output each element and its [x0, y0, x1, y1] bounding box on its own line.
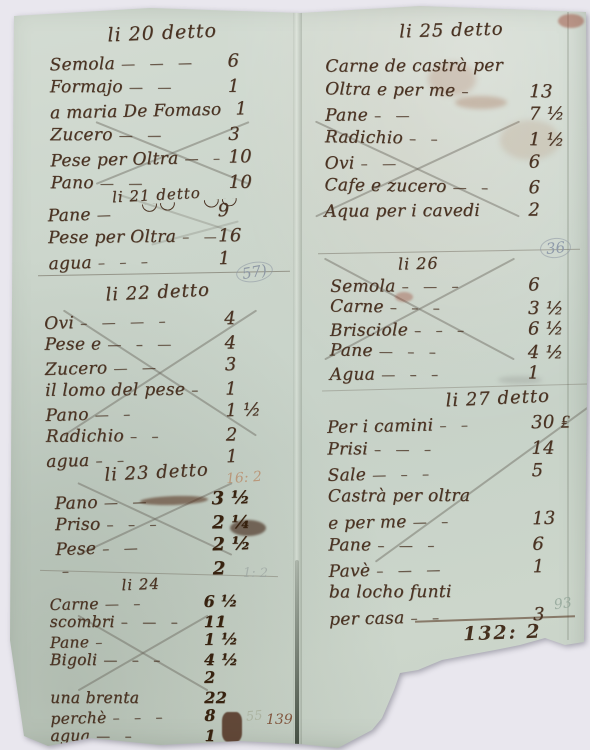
- item-value: 4 ½: [526, 342, 576, 364]
- ledger-section-li25: li 25 detto Carne de castrà per Oltra e …: [324, 19, 577, 225]
- pencil-annotation: 1: 2: [243, 566, 268, 581]
- ledger-row: Semola– — –6: [330, 274, 576, 298]
- ledger-row: Oltra e per me–13: [325, 78, 577, 106]
- item-label: Oltra e per me: [325, 79, 455, 101]
- item-value: 2 ½: [210, 533, 261, 555]
- dash-leader: – –: [403, 131, 527, 149]
- ledger-row: Brisciole– – –6 ½: [330, 318, 576, 342]
- pencil-annotation: 55: [245, 708, 263, 724]
- pencil-annotation: 93: [553, 595, 573, 613]
- ledger-row: a maria De Fomaso1: [50, 98, 276, 127]
- dash-leader: – — –: [396, 278, 527, 295]
- item-label: agua: [48, 253, 92, 274]
- item-label: Bigoli: [50, 651, 97, 669]
- item-label: Pano: [45, 405, 89, 426]
- item-label: Pane: [325, 105, 368, 125]
- item-value: 6: [225, 50, 275, 72]
- item-label: ba locho funti: [329, 582, 452, 602]
- ledger-row: Sale— – –5: [327, 459, 579, 489]
- item-label: per casa: [329, 608, 405, 630]
- item-value: 2: [224, 424, 274, 445]
- ledger-paper: li 20 detto Semola— — —6 Formajo— —1 a m…: [0, 0, 590, 750]
- dash-leader: — – –: [366, 464, 530, 484]
- ledger-section-li26: li 26 Semola– — –6 Carne– – –3 ½ Briscio…: [330, 252, 577, 385]
- item-value: 14: [529, 438, 579, 459]
- item-label: Zucero: [50, 125, 113, 145]
- item-value: 4: [222, 332, 272, 353]
- ledger-row: Pane— – –4 ½: [330, 339, 576, 364]
- item-value: 3 ½: [209, 487, 260, 509]
- ledger-row: Castrà per oltra: [328, 486, 580, 511]
- ledger-row: Cafe e zucero— –6: [324, 174, 576, 202]
- dash-leader: – — —: [370, 560, 531, 580]
- dash-leader: — –: [406, 512, 530, 531]
- item-value: 2: [526, 199, 576, 220]
- item-label: Pese: [55, 539, 96, 560]
- dash-leader: —: [91, 204, 216, 224]
- item-label: Ovi: [325, 154, 355, 174]
- item-value: 2 ¼: [210, 512, 260, 534]
- dash-leader: — — —: [115, 55, 226, 73]
- ledger-paper-wrap: li 20 detto Semola— — —6 Formajo— —1 a m…: [0, 0, 590, 750]
- dash-leader: — —: [113, 128, 227, 144]
- dash-leader: [50, 683, 202, 686]
- item-value: 1: [203, 726, 253, 745]
- ledger-row: Aqua per i cavedi2: [324, 199, 576, 224]
- ledger-row: Formajo— —1: [50, 76, 276, 100]
- item-label: agua: [51, 727, 91, 745]
- item-label: Brisciole: [330, 320, 408, 341]
- item-label: Ovi: [44, 313, 74, 334]
- item-value: 4 ½: [202, 650, 252, 669]
- item-value: 22: [202, 688, 252, 707]
- ledger-row: agua— –1: [51, 726, 253, 745]
- item-value: 6: [526, 274, 576, 295]
- item-value: 3: [226, 124, 276, 145]
- ledger-row: Bigoli— – –4 ½: [50, 650, 252, 669]
- ledger-row: agua– – –1: [48, 247, 267, 277]
- item-label: il lomo del pese: [45, 380, 185, 401]
- dash-leader: — – –: [373, 344, 526, 362]
- item-label: Pane: [328, 535, 371, 555]
- item-value: 1: [530, 555, 580, 577]
- item-value: 1 ½: [223, 399, 274, 421]
- ledger-row: Carne– – –3 ½: [330, 295, 576, 320]
- item-value: 6 ½: [201, 591, 251, 611]
- dash-leader: – – –: [384, 300, 526, 318]
- ledger-section-li24: li 24 Carne— –6 ½ scombri– — –11 Pane–1 …: [49, 574, 252, 745]
- item-value: 6: [530, 534, 580, 555]
- dash-leader: –: [89, 633, 202, 651]
- item-label: Aqua per i cavedi: [324, 201, 480, 222]
- dash-leader: — –: [447, 180, 527, 197]
- ledger-row: perchè– – –8: [50, 705, 252, 728]
- item-value: 1: [226, 76, 276, 97]
- ledger-row: Pese per Oltra— –10: [50, 146, 276, 175]
- ledger-row: ba locho funti: [329, 582, 581, 607]
- item-value: 1: [223, 378, 273, 399]
- ledger-row: scombri– — –11: [50, 612, 252, 631]
- item-label: Priso: [55, 515, 101, 535]
- item-value: 2: [202, 667, 252, 687]
- dash-leader: – —: [96, 538, 211, 557]
- item-value: 5: [529, 459, 579, 481]
- ledger-row: Pane– — –6: [328, 534, 580, 559]
- ledger-section-li27: li 27 detto Per i camini– –30 ₤ Prisi– —…: [327, 389, 581, 632]
- item-value: 6: [526, 177, 576, 199]
- dash-leader: — –: [90, 729, 202, 745]
- ledger-row: Carne— –6 ½: [49, 591, 251, 614]
- dash-leader: – – –: [106, 709, 202, 727]
- photo-of-ledger: { "palette": { "paper": "#cbd5cb", "back…: [0, 0, 590, 750]
- item-value: 4: [222, 307, 273, 329]
- ledger-row: Ovi– —6: [325, 151, 577, 176]
- item-label: scombri: [50, 613, 115, 631]
- item-label: Pese e: [44, 334, 101, 354]
- ledger-row: e per me— –13: [328, 507, 580, 537]
- item-label: Pavè: [328, 561, 370, 582]
- item-value: 3: [223, 353, 274, 375]
- item-value: 9: [215, 199, 266, 221]
- item-label: Prisi: [327, 439, 368, 459]
- ledger-row: Agua— – –1: [330, 362, 576, 386]
- ledger-row: Pane–1 ½: [50, 629, 252, 652]
- item-label: Carne: [330, 296, 384, 317]
- dash-leader: –: [185, 383, 223, 399]
- item-label: Formajo: [50, 77, 123, 97]
- item-value: 1 ½: [202, 629, 252, 649]
- dash-leader: — —: [98, 492, 210, 511]
- item-label: Pano: [54, 493, 98, 514]
- item-label: e per me: [328, 512, 407, 534]
- ledger-row: Semola— — —6: [49, 50, 275, 79]
- item-value: 13: [530, 507, 580, 529]
- item-value: 10: [226, 146, 276, 168]
- dash-leader: –: [455, 84, 527, 101]
- dash-leader: – – –: [92, 252, 217, 272]
- pencil-annotation: 16: 2: [225, 469, 262, 487]
- item-label: Semola: [330, 276, 396, 296]
- item-label: Zucero: [45, 358, 108, 380]
- dash-leader: – – –: [100, 516, 210, 533]
- item-label: una brenta: [50, 689, 139, 707]
- item-label: Cafe e zucero: [324, 175, 446, 197]
- ledger-row: Zucero— —3: [50, 124, 276, 148]
- dash-leader: – — –: [368, 442, 529, 459]
- item-label: Castrà per oltra: [328, 486, 470, 506]
- item-label: Agua: [330, 365, 376, 385]
- ledger-section-li20: li 20 detto Semola— — —6 Formajo— —1 a m…: [49, 21, 277, 197]
- dash-leader: — —: [107, 358, 223, 377]
- dash-leader: – –: [124, 429, 224, 446]
- dash-leader: – — — –: [74, 312, 222, 332]
- item-value: 11: [202, 612, 252, 631]
- item-label: Carne de castrà per: [325, 56, 503, 77]
- item-value: 6: [527, 151, 577, 172]
- dash-leader: — –: [89, 404, 224, 424]
- item-label: Pane: [330, 340, 373, 361]
- item-value: 1: [233, 97, 283, 119]
- dash-leader: — – —: [101, 337, 222, 354]
- dash-leader: – —: [176, 229, 216, 245]
- item-label: Semola: [49, 54, 115, 75]
- section-date-header: li 25 detto: [325, 16, 578, 59]
- item-label: Radichio: [325, 127, 403, 148]
- ink-annotation: 139: [266, 712, 293, 728]
- item-label: Pese per Oltra: [48, 227, 176, 248]
- item-label: Pese per Oltra: [50, 149, 178, 172]
- dash-leader: – –: [433, 416, 529, 434]
- item-value: 13: [527, 81, 577, 103]
- ledger-section-li22: li 22 detto Ovi– — — –4 Pese e— – —4 Zuc…: [44, 280, 275, 472]
- dash-leader: – – –: [408, 322, 526, 339]
- dash-leader: – — –: [371, 538, 530, 555]
- ledger-row: Prisi– — –14: [327, 438, 579, 463]
- center-fold-shadow: [295, 560, 299, 746]
- dash-leader: – —: [355, 156, 527, 173]
- item-value: 6 ½: [526, 318, 576, 339]
- item-label: a maria De Fomaso: [50, 100, 222, 124]
- item-label: Sale: [327, 465, 366, 486]
- item-label: Per i camini: [327, 415, 434, 437]
- ledger-row: per casa– –3: [329, 603, 581, 633]
- dash-leader: — —: [123, 80, 226, 96]
- item-value: 16: [216, 225, 266, 247]
- ledger-row: 2: [50, 667, 252, 690]
- dash-leader: – — –: [115, 615, 202, 631]
- grand-total: 132: 2: [463, 621, 542, 646]
- item-value: 3 ½: [526, 298, 576, 320]
- ledger-section-li21: li 21 detto Pane—9 Pese per Oltra– —16 a…: [47, 184, 267, 276]
- item-value: 1 ½: [527, 129, 577, 151]
- ledger-row: Pane– —7 ½: [325, 103, 577, 128]
- ledger-row: una brenta22: [50, 688, 252, 707]
- dash-leader: — –: [178, 151, 226, 168]
- ledger-row: Radichio– –1 ½: [325, 126, 577, 154]
- item-value: 7 ½: [527, 103, 577, 124]
- item-value: 30 ₤: [529, 411, 579, 433]
- dash-leader: — – –: [375, 366, 526, 383]
- ledger-row: Carne de castrà per: [325, 55, 577, 80]
- dash-leader: — –: [99, 595, 202, 613]
- ledger-row: Pavè– — —1: [328, 555, 580, 585]
- item-label: Radichio: [46, 426, 124, 447]
- ledger-row: Per i camini– –30 ₤: [327, 411, 579, 441]
- item-label: Pane: [47, 205, 91, 226]
- dash-leader: – —: [368, 108, 527, 125]
- dash-leader: — – –: [97, 653, 202, 669]
- item-value: 1: [526, 362, 576, 383]
